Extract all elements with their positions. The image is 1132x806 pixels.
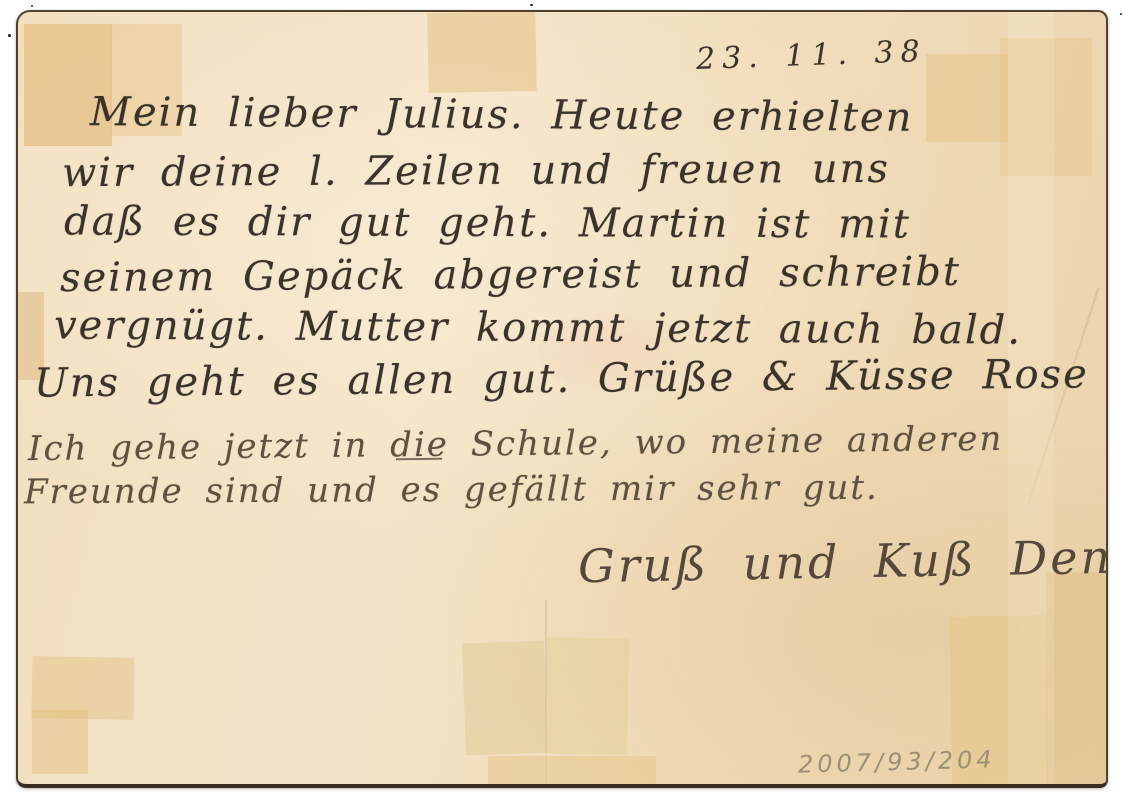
letter-date: 23. 11. 38 <box>695 34 927 77</box>
scan-background: 23. 11. 38 Mein lieber Julius. Heute erh… <box>0 0 1132 806</box>
letter-line: Mein lieber Julius. Heute erhielten <box>90 89 914 141</box>
tape-stain <box>926 54 1008 142</box>
tape-stain <box>1000 38 1092 176</box>
scan-speck <box>8 34 11 37</box>
scan-speck <box>530 4 533 6</box>
letter-line-second-hand: Freunde sind und es gefällt mir sehr gut… <box>24 468 879 512</box>
scan-speck <box>31 5 33 7</box>
scan-speck <box>1120 13 1122 15</box>
tape-stain <box>488 756 656 788</box>
letter-line-second-hand: Ich gehe jetzt in die Schule, wo meine a… <box>28 419 1004 469</box>
tape-stain <box>32 710 88 774</box>
tape-stain <box>427 11 536 93</box>
letter-line: Uns geht es allen gut. Grüße & Küsse Ros… <box>34 351 1089 406</box>
postcard: 23. 11. 38 Mein lieber Julius. Heute erh… <box>16 10 1108 788</box>
letter-line: daß es dir gut geht. Martin ist mit <box>64 199 911 248</box>
crease-line <box>545 600 547 788</box>
letter-line: vergnügt. Mutter kommt jetzt auch bald. <box>54 302 1022 353</box>
letter-line: wir deine l. Zeilen und freuen uns <box>62 146 890 196</box>
closing-signature: Gruß und Kuß Denny <box>578 529 1108 593</box>
tape-stain <box>1008 12 1054 788</box>
archive-number: 2007/93/204 <box>798 745 996 778</box>
tape-stain <box>1046 572 1108 788</box>
tape-stain <box>31 656 134 720</box>
tape-stain <box>545 637 629 754</box>
letter-line: seinem Gepäck abgereist und schreibt <box>60 249 961 301</box>
tape-stain <box>462 641 548 756</box>
